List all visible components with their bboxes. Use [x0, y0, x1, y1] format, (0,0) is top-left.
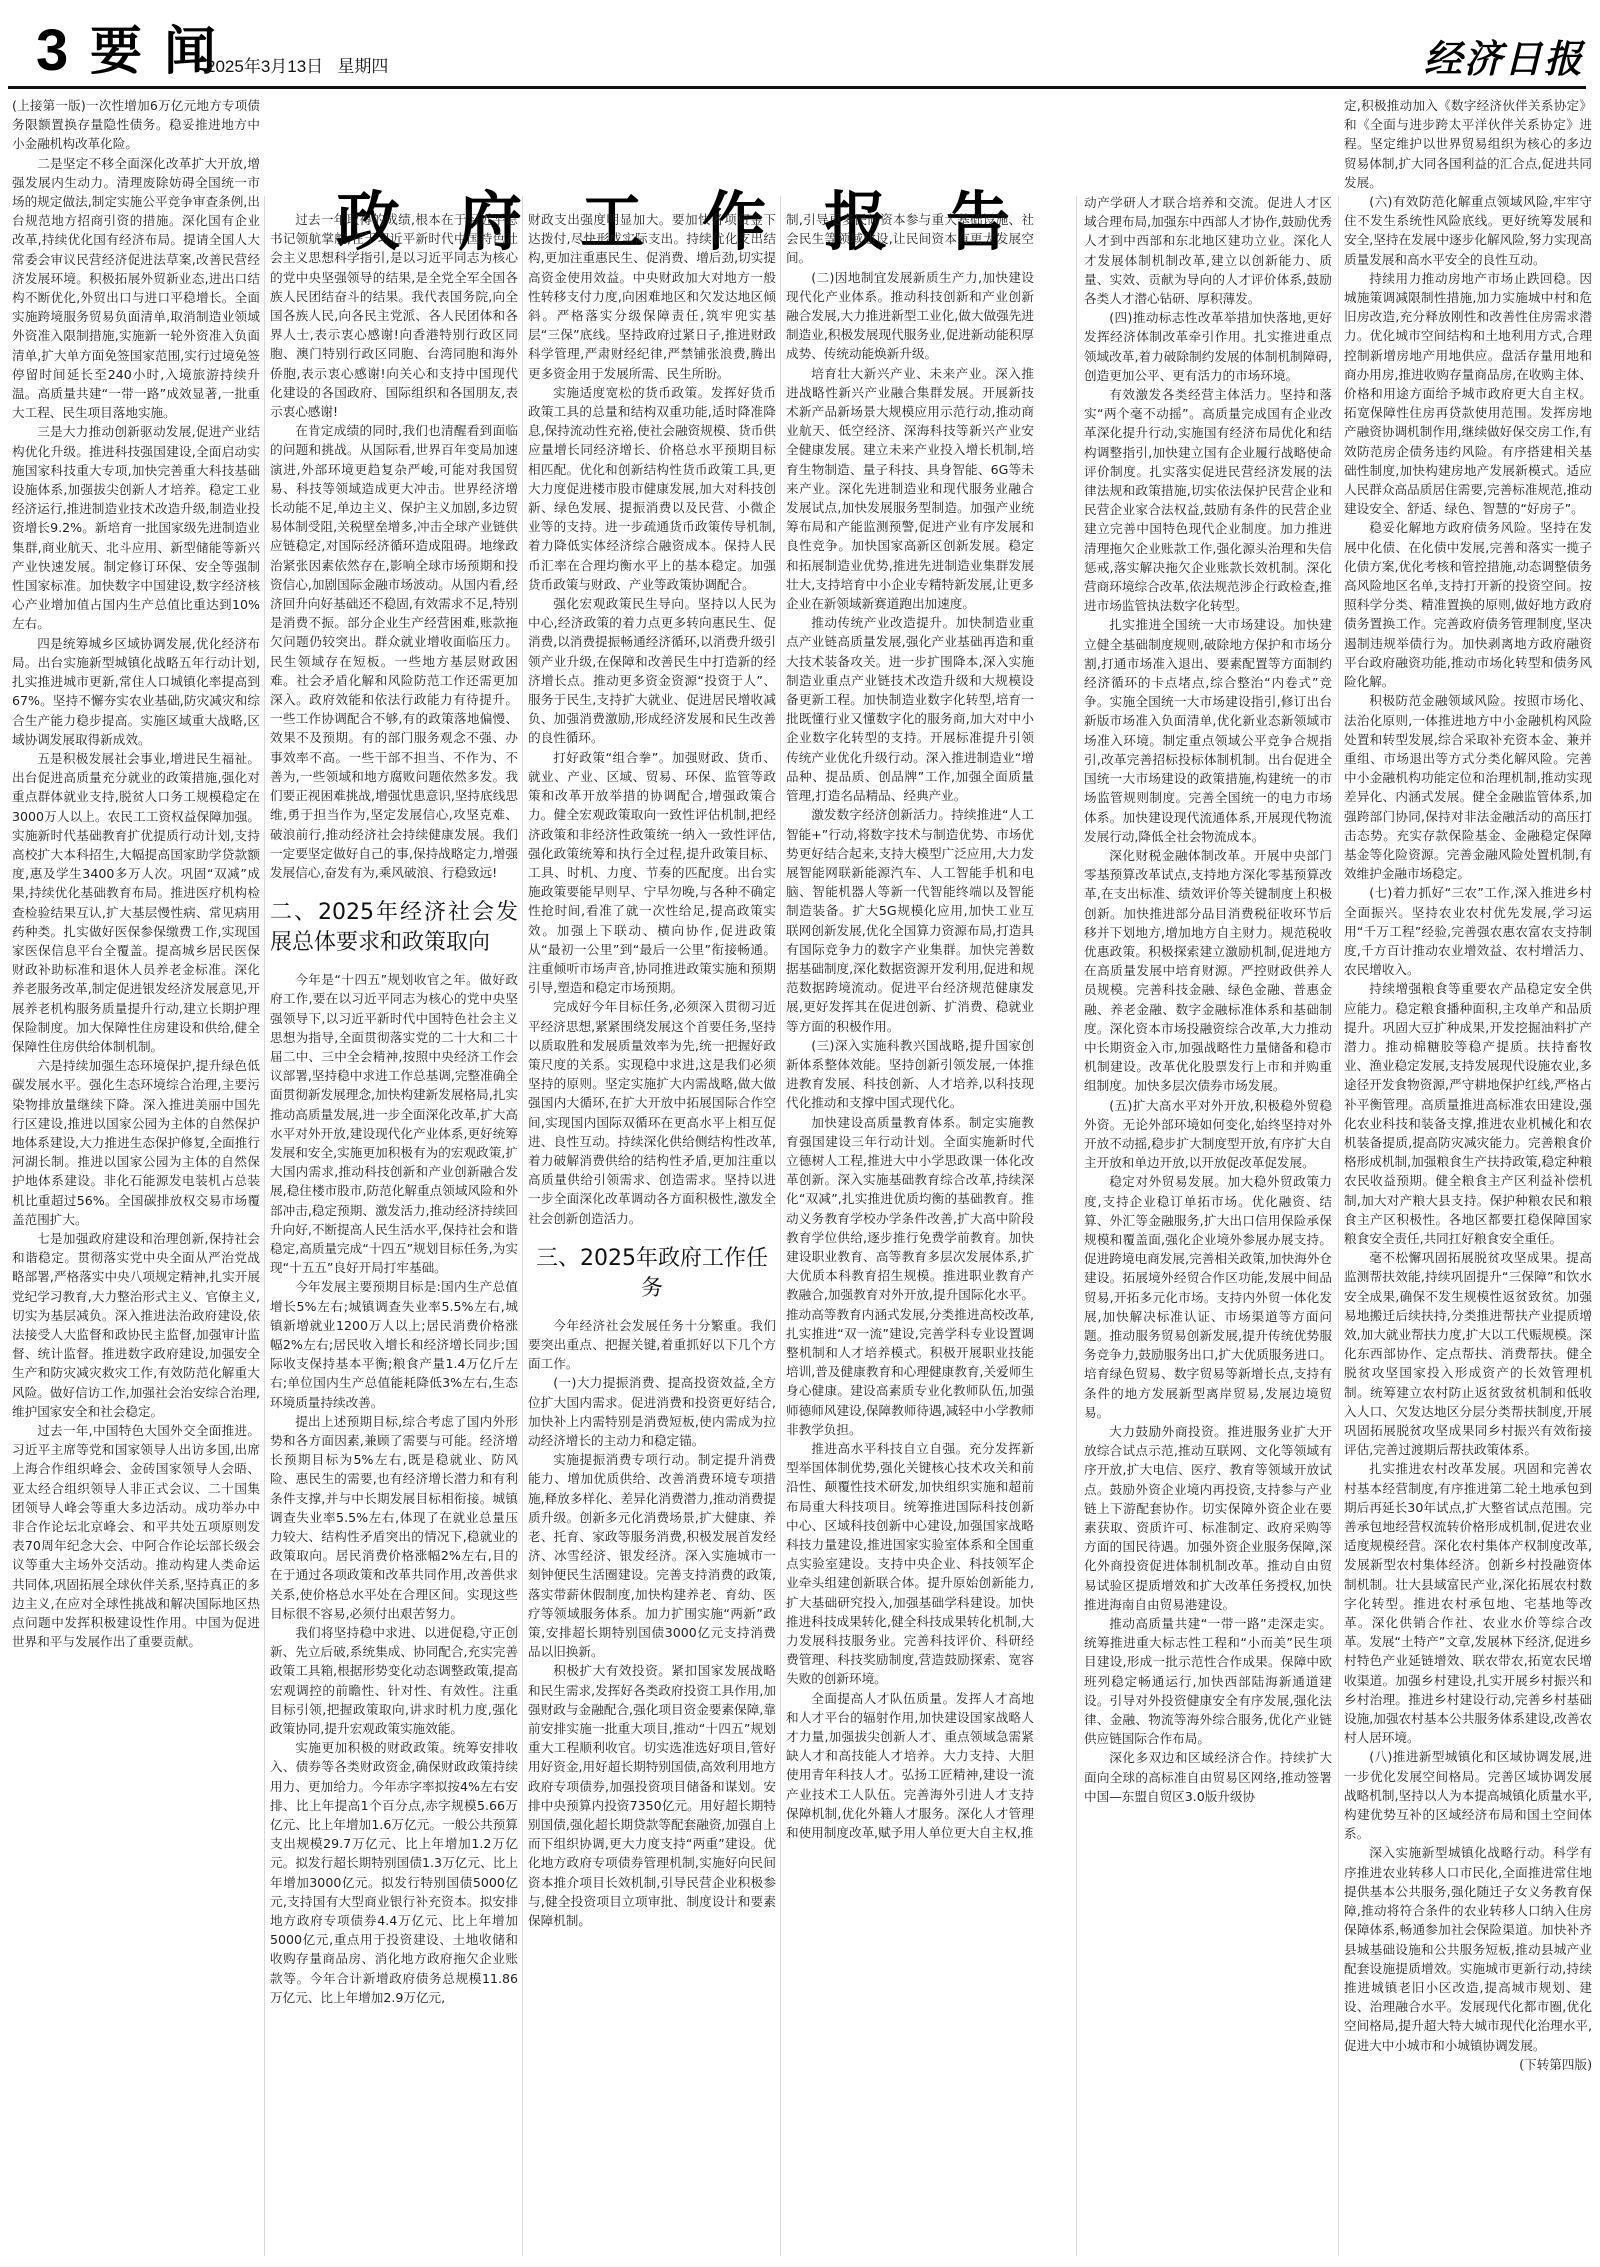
section-heading: 二、2025年经济社会发展总体要求和政策取向 — [270, 898, 518, 958]
article-column-3: 财政支出强度明显加大。要加快各项资金下达拨付,尽快形成实际支出。持续优化支出结构… — [528, 210, 776, 1930]
article-paragraph: (五)扩大高水平对外开放,积极稳外贸稳外资。无论外部环境如何变化,始终坚持对外开… — [1084, 1096, 1332, 1173]
article-paragraph: (七)着力抓好“三农”工作,深入推进乡村全面振兴。坚持农业农村优先发展,学习运用… — [1344, 883, 1592, 979]
column-divider — [264, 196, 265, 2256]
article-paragraph: 激发数字经济创新活力。持续推进“人工智能+”行动,将数字技术与制造优势、市场优势… — [786, 805, 1034, 1035]
article-paragraph: 稳定对外贸易发展。加大稳外贸政策力度,支持企业稳订单拓市场。优化融资、结算、外汇… — [1084, 1172, 1332, 1422]
article-paragraph: 今年是“十四五”规划收官之年。做好政府工作,要在以习近平同志为核心的党中央坚强领… — [270, 970, 518, 1277]
article-paragraph: 今年经济社会发展任务十分繁重。我们要突出重点、把握关键,着重抓好以下几个方面工作… — [528, 1316, 776, 1374]
column-divider — [780, 196, 781, 2256]
article-paragraph: (三)深入实施科教兴国战略,提升国家创新体系整体效能。坚持创新引领发展,一体推进… — [786, 1036, 1034, 1113]
article-paragraph: 扎实推进农村改革发展。巩固和完善农村基本经营制度,有序推进第二轮土地承包到期后再… — [1344, 1459, 1592, 1747]
article-paragraph: (一)大力提振消费、提高投资效益,全方位扩大国内需求。促进消费和投资更好结合,加… — [528, 1373, 776, 1450]
article-paragraph: 七是加强政府建设和治理创新,保持社会和谐稳定。贯彻落实党中央全面从严治党战略部署… — [12, 1229, 260, 1421]
section-heading: 三、2025年政府工作任务 — [528, 1244, 776, 1304]
article-paragraph: 完成好今年目标任务,必须深入贯彻习近平经济思想,紧紧围绕发展这个首要任务,坚持以… — [528, 997, 776, 1227]
article-paragraph: 在肯定成绩的同时,我们也清醒看到面临的问题和挑战。从国际看,世界百年变局加速演进… — [270, 421, 518, 882]
article-paragraph: 推动高质量共建“一带一路”走深走实。统筹推进重大标志性工程和“小而美”民生项目建… — [1084, 1614, 1332, 1748]
article-paragraph: (四)推动标志性改革举措加快落地,更好发挥经济体制改革牵引作用。扎实推进重点领域… — [1084, 308, 1332, 385]
column-divider — [522, 196, 523, 2256]
issue-date: 2025年3月13日 — [206, 57, 323, 76]
article-paragraph: 持续用力推动房地产市场止跌回稳。因城施策调减限制性措施,加力实施城中村和危旧房改… — [1344, 269, 1592, 519]
article-paragraph: 动产学研人才联合培养和交流。促进人才区域合理布局,加强东中西部人才协作,鼓励优秀… — [1084, 193, 1332, 308]
article-column-4: 制,引导更多民间资本参与重大基础设施、社会民生等领域建设,让民间资本有更大发展空… — [786, 210, 1034, 1842]
article-paragraph: 实施提振消费专项行动。制定提升消费能力、增加优质供给、改善消费环境专项措施,释放… — [528, 1450, 776, 1661]
article-paragraph: (八)推进新型城镇化和区域协调发展,进一步优化发展空间格局。完善区域协调发展战略… — [1344, 1747, 1592, 1843]
page-number: 3 — [36, 22, 68, 80]
article-paragraph: (上接第一版)一次性增加6万亿元地方专项债务限额置换存量隐性债务。稳妥推进地方中… — [12, 96, 260, 154]
article-paragraph: 稳妥化解地方政府债务风险。坚持在发展中化债、在化债中发展,完善和落实一揽子化债方… — [1344, 518, 1592, 691]
article-paragraph: (六)有效防范化解重点领域风险,牢牢守住不发生系统性风险底线。更好统筹发展和安全… — [1344, 192, 1592, 269]
article-paragraph: 六是持续加强生态环境保护,提升绿色低碳发展水平。强化生态环境综合治理,主要污染物… — [12, 1056, 260, 1229]
article-column-2: 过去一年取得的成绩,根本在于习近平总书记领航掌舵,在于习近平新时代中国特色社会主… — [270, 210, 518, 2007]
article-column-1: (上接第一版)一次性增加6万亿元地方专项债务限额置换存量隐性债务。稳妥推进地方中… — [12, 96, 260, 1651]
article-paragraph: 四是统筹城乡区域协调发展,优化经济布局。出台实施新型城镇化战略五年行动计划,扎实… — [12, 634, 260, 749]
article-paragraph: 毫不松懈巩固拓展脱贫攻坚成果。提高监测帮扶效能,持续巩固提升“三保障”和饮水安全… — [1344, 1248, 1592, 1459]
issue-weekday: 星期四 — [337, 57, 388, 76]
article-paragraph: 深化财税金融体制改革。开展中央部门零基预算改革试点,支持地方深化零基预算改革,在… — [1084, 846, 1332, 1096]
article-paragraph: 打好政策“组合拳”。加强财政、货币、就业、产业、区域、贸易、环保、监管等政策和改… — [528, 748, 776, 998]
article-paragraph: 深入实施新型城镇化战略行动。科学有序推进农业转移人口市民化,全面推进常住地提供基… — [1344, 1843, 1592, 2054]
article-paragraph: 过去一年,中国特色大国外交全面推进。习近平主席等党和国家领导人出访多国,出席上海… — [12, 1421, 260, 1651]
article-paragraph: 持续增强粮食等重要农产品稳定安全供应能力。稳定粮食播种面积,主攻单产和品质提升。… — [1344, 979, 1592, 1248]
header-rule — [8, 86, 1586, 89]
article-paragraph: 二是坚定不移全面深化改革扩大开放,增强发展内生动力。清理废除妨碍全国统一市场的规… — [12, 154, 260, 423]
article-paragraph: 实施适度宽松的货币政策。发挥好货币政策工具的总量和结构双重功能,适时降准降息,保… — [528, 383, 776, 594]
article-paragraph: 我们将坚持稳中求进、以进促稳,守正创新、先立后破,系统集成、协同配合,充实完善政… — [270, 1623, 518, 1738]
article-column-5: 动产学研人才联合培养和交流。促进人才区域合理布局,加强东中西部人才协作,鼓励优秀… — [1084, 193, 1332, 1806]
article-paragraph: 培育壮大新兴产业、未来产业。深入推进战略性新兴产业融合集群发展。开展新技术新产品… — [786, 364, 1034, 614]
article-paragraph: 强化宏观政策民生导向。坚持以人民为中心,经济政策的着力点更多转向惠民生、促消费,… — [528, 594, 776, 748]
article-paragraph: (二)因地制宜发展新质生产力,加快建设现代化产业体系。推动科技创新和产业创新融合… — [786, 268, 1034, 364]
article-paragraph: 推进高水平科技自立自强。充分发挥新型举国体制优势,强化关键核心技术攻关和前沿性、… — [786, 1439, 1034, 1689]
article-paragraph: 积极防范金融领域风险。按照市场化、法治化原则,一体推进地方中小金融机构风险处置和… — [1344, 691, 1592, 883]
continued-note: (下转第四版) — [1344, 2055, 1592, 2074]
article-paragraph: 实施更加积极的财政政策。统筹安排收入、债券等各类财政资金,确保财政政策持续用力、… — [270, 1738, 518, 2007]
article-paragraph: 三是大力推动创新驱动发展,促进产业结构优化升级。推进科技强国建设,全面启动实施国… — [12, 422, 260, 633]
article-paragraph: 加快建设高质量教育体系。制定实施教育强国建设三年行动计划。全面实施新时代立德树人… — [786, 1113, 1034, 1439]
article-paragraph: 大力鼓励外商投资。推进服务业扩大开放综合试点示范,推动互联网、文化等领域有序开放… — [1084, 1422, 1332, 1614]
article-paragraph: 今年发展主要预期目标是:国内生产总值增长5%左右;城镇调查失业率5.5%左右,城… — [270, 1277, 518, 1411]
issue-date-line: 2025年3月13日 星期四 — [206, 52, 388, 77]
article-paragraph: 深化多双边和区域经济合作。持续扩大面向全球的高标准自由贸易区网络,推动签署中国—… — [1084, 1748, 1332, 1806]
article-paragraph: 推动传统产业改造提升。加快制造业重点产业链高质量发展,强化产业基础再造和重大技术… — [786, 613, 1034, 805]
column-divider — [1338, 196, 1339, 2256]
article-paragraph: 五是积极发展社会事业,增进民生福祉。出台促进高质量充分就业的政策措施,强化对重点… — [12, 749, 260, 1056]
article-paragraph: 定,积极推动加入《数字经济伙伴关系协定》和《全面与进步跨太平洋伙伴关系协定》进程… — [1344, 96, 1592, 192]
article-paragraph: 提出上述预期目标,综合考虑了国内外形势和各方面因素,兼顾了需要与可能。经济增长预… — [270, 1412, 518, 1623]
article-paragraph: 积极扩大有效投资。紧扣国家发展战略和民生需求,发挥好各类政府投资工具作用,加强财… — [528, 1661, 776, 1930]
article-paragraph: 过去一年取得的成绩,根本在于习近平总书记领航掌舵,在于习近平新时代中国特色社会主… — [270, 210, 518, 421]
column-divider — [1076, 196, 1077, 2256]
newspaper-logo: 经济日报 — [1424, 28, 1584, 83]
masthead: 3 要闻 2025年3月13日 星期四 经济日报 — [0, 0, 1600, 88]
article-paragraph: 扎实推进全国统一大市场建设。加快建立健全基础制度规则,破除地方保护和市场分割,打… — [1084, 615, 1332, 845]
article-column-6: 定,积极推动加入《数字经济伙伴关系协定》和《全面与进步跨太平洋伙伴关系协定》进程… — [1344, 96, 1592, 2074]
article-paragraph: 全面提高人才队伍质量。发挥人才高地和人才平台的辐射作用,加快建设国家战略人才力量… — [786, 1689, 1034, 1843]
article-paragraph: 财政支出强度明显加大。要加快各项资金下达拨付,尽快形成实际支出。持续优化支出结构… — [528, 210, 776, 383]
article-paragraph: 有效激发各类经营主体活力。坚持和落实“两个毫不动摇”。高质量完成国有企业改革深化… — [1084, 385, 1332, 615]
article-paragraph: 制,引导更多民间资本参与重大基础设施、社会民生等领域建设,让民间资本有更大发展空… — [786, 210, 1034, 268]
